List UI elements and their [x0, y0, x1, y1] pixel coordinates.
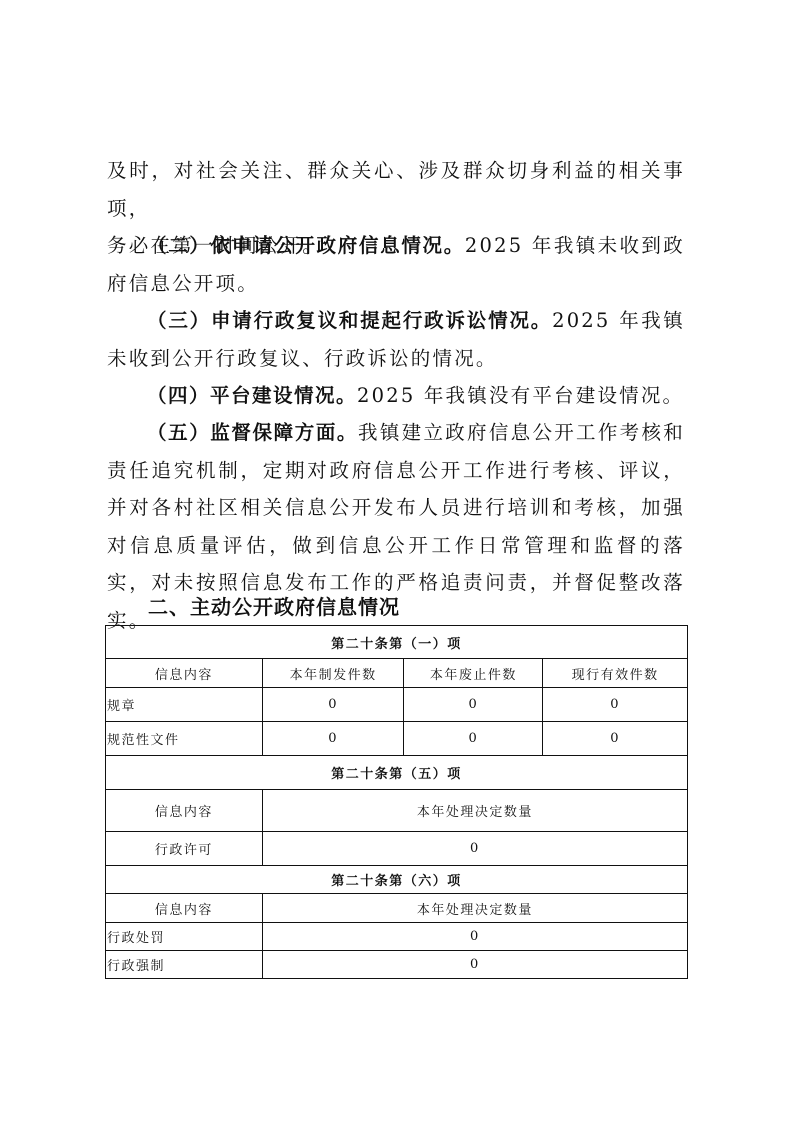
- paragraph-application-disclosure: （二）依申请公开政府信息情况。2025 年我镇未收到政府信息公开项。: [107, 227, 685, 302]
- column-header: 信息内容: [106, 790, 263, 832]
- section-title: 第二十条第（五）项: [106, 756, 688, 790]
- table-header-row: 信息内容 本年制发件数 本年废止件数 现行有效件数: [106, 659, 688, 688]
- column-header: 信息内容: [106, 659, 263, 688]
- paragraph-label: （五）监督保障方面。: [147, 421, 358, 444]
- cell-value: 0: [543, 688, 688, 722]
- row-label: 行政强制: [106, 951, 263, 979]
- paragraph-review-litigation: （三）申请行政复议和提起行政诉讼情况。2025 年我镇未收到公开行政复议、行政诉…: [107, 302, 685, 377]
- section-title: 第二十条第（六）项: [106, 866, 688, 894]
- section-title: 第二十条第（一）项: [106, 626, 688, 659]
- table-section-title-row: 第二十条第（六）项: [106, 866, 688, 894]
- cell-value: 0: [262, 722, 404, 756]
- section-heading: 二、主动公开政府信息情况: [148, 592, 400, 622]
- column-header: 本年处理决定数量: [262, 894, 687, 923]
- column-header: 本年废止件数: [404, 659, 543, 688]
- table-row: 行政强制 0: [106, 951, 688, 979]
- table-row: 行政处罚 0: [106, 923, 688, 951]
- paragraph-platform-construction: （四）平台建设情况。2025 年我镇没有平台建设情况。: [107, 377, 685, 415]
- row-label: 行政许可: [106, 832, 263, 866]
- table-section-title-row: 第二十条第（一）项: [106, 626, 688, 659]
- paragraph-line: 及时，对社会关注、群众关心、涉及群众切身利益的相关事项，: [107, 159, 685, 220]
- paragraph-label: （二）依申请公开政府信息情况。: [147, 234, 465, 257]
- row-label: 行政处罚: [106, 923, 263, 951]
- paragraph-text: 2025 年我镇没有平台建设情况。: [357, 384, 684, 407]
- cell-value: 0: [262, 688, 404, 722]
- cell-value: 0: [404, 722, 543, 756]
- table-row: 规章 0 0 0: [106, 688, 688, 722]
- cell-value: 0: [404, 688, 543, 722]
- table-row: 规范性文件 0 0 0: [106, 722, 688, 756]
- row-label: 规章: [106, 688, 263, 722]
- column-header: 本年制发件数: [262, 659, 404, 688]
- row-label: 规范性文件: [106, 722, 263, 756]
- table-row: 行政许可 0: [106, 832, 688, 866]
- disclosure-table: 第二十条第（一）项 信息内容 本年制发件数 本年废止件数 现行有效件数 规章 0…: [105, 625, 688, 979]
- table-header-row: 信息内容 本年处理决定数量: [106, 790, 688, 832]
- cell-value: 0: [262, 923, 687, 951]
- paragraph-label: （三）申请行政复议和提起行政诉讼情况。: [147, 309, 552, 332]
- table-header-row: 信息内容 本年处理决定数量: [106, 894, 688, 923]
- table-section-title-row: 第二十条第（五）项: [106, 756, 688, 790]
- paragraph-label: （四）平台建设情况。: [147, 384, 357, 407]
- cell-value: 0: [262, 951, 687, 979]
- column-header: 现行有效件数: [543, 659, 688, 688]
- cell-value: 0: [543, 722, 688, 756]
- cell-value: 0: [262, 832, 687, 866]
- document-page: 及时，对社会关注、群众关心、涉及群众切身利益的相关事项， 务必在第一时间公开。 …: [0, 0, 793, 1122]
- column-header: 本年处理决定数量: [262, 790, 687, 832]
- column-header: 信息内容: [106, 894, 263, 923]
